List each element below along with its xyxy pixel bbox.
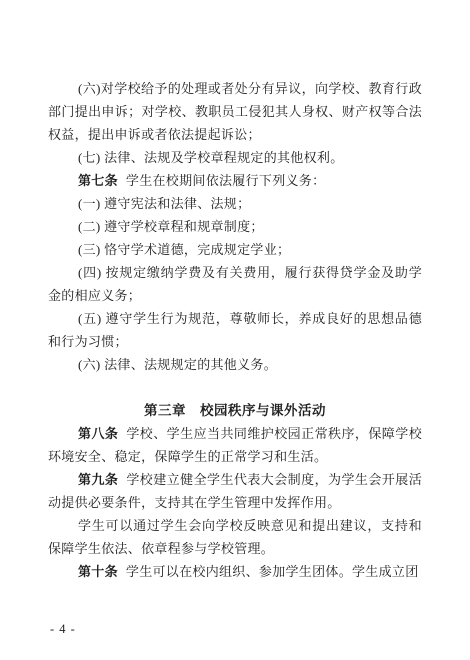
article-lead: 第九条	[78, 472, 118, 487]
paragraph-text: (六) 法律、法规规定的其他义务。	[78, 357, 277, 372]
paragraph-text: (四) 按规定缴纳学费及有关费用，履行获得贷学金及助学金的相应义务；	[48, 265, 422, 303]
list-item: (六) 法律、法规规定的其他义务。	[48, 353, 422, 376]
paragraph-text: 学生可以在校内组织、参加学生团体。学生成立团	[126, 564, 419, 579]
document-page: (六)对学校给予的处理或者处分有异议，向学校、教育行政部门提出申诉；对学校、教职…	[0, 0, 470, 660]
paragraph-text: (三) 恪守学术道德，完成规定学业；	[78, 242, 290, 257]
paragraph-text: (六)对学校给予的处理或者处分有异议，向学校、教育行政部门提出申诉；对学校、教职…	[48, 81, 422, 142]
document-text: (六)对学校给予的处理或者处分有异议，向学校、教育行政部门提出申诉；对学校、教职…	[48, 77, 422, 583]
paragraph: (六)对学校给予的处理或者处分有异议，向学校、教育行政部门提出申诉；对学校、教职…	[48, 77, 422, 146]
chapter-heading: 第三章 校园秩序与课外活动	[48, 399, 422, 422]
paragraph-article-10: 第十条学生可以在校内组织、参加学生团体。学生成立团	[48, 560, 422, 583]
paragraph-text: 学生在校期间依法履行下列义务：	[126, 173, 326, 188]
paragraph: (七) 法律、法规及学校章程规定的其他权利。	[48, 146, 422, 169]
list-item: (五) 遵守学生行为规范，尊敬师长，养成良好的思想品德和行为习惯；	[48, 307, 422, 353]
paragraph: 学生可以通过学生会向学校反映意见和提出建议，支持和保障学生依法、依章程参与学校管…	[48, 514, 422, 560]
paragraph-article-8: 第八条学校、学生应当共同维护校园正常秩序，保障学校环境安全、稳定，保障学生的正常…	[48, 422, 422, 468]
paragraph-text: 学生可以通过学生会向学校反映意见和提出建议，支持和保障学生依法、依章程参与学校管…	[48, 518, 422, 556]
paragraph-text: (七) 法律、法规及学校章程规定的其他权利。	[78, 150, 344, 165]
list-item: (四) 按规定缴纳学费及有关费用，履行获得贷学金及助学金的相应义务；	[48, 261, 422, 307]
article-lead: 第七条	[78, 173, 118, 188]
paragraph-text: (一) 遵守宪法和法律、法规；	[78, 196, 250, 211]
paragraph-text: (二) 遵守学校章程和规章制度；	[78, 219, 264, 234]
article-lead: 第十条	[78, 564, 118, 579]
paragraph-article-7: 第七条学生在校期间依法履行下列义务：	[48, 169, 422, 192]
article-lead: 第八条	[78, 426, 118, 441]
page-number: - 4 -	[50, 622, 76, 637]
paragraph-text: (五) 遵守学生行为规范，尊敬师长，养成良好的思想品德和行为习惯；	[48, 311, 422, 349]
list-item: (一) 遵守宪法和法律、法规；	[48, 192, 422, 215]
list-item: (二) 遵守学校章程和规章制度；	[48, 215, 422, 238]
paragraph-article-9: 第九条学校建立健全学生代表大会制度，为学生会开展活动提供必要条件，支持其在学生管…	[48, 468, 422, 514]
list-item: (三) 恪守学术道德，完成规定学业；	[48, 238, 422, 261]
